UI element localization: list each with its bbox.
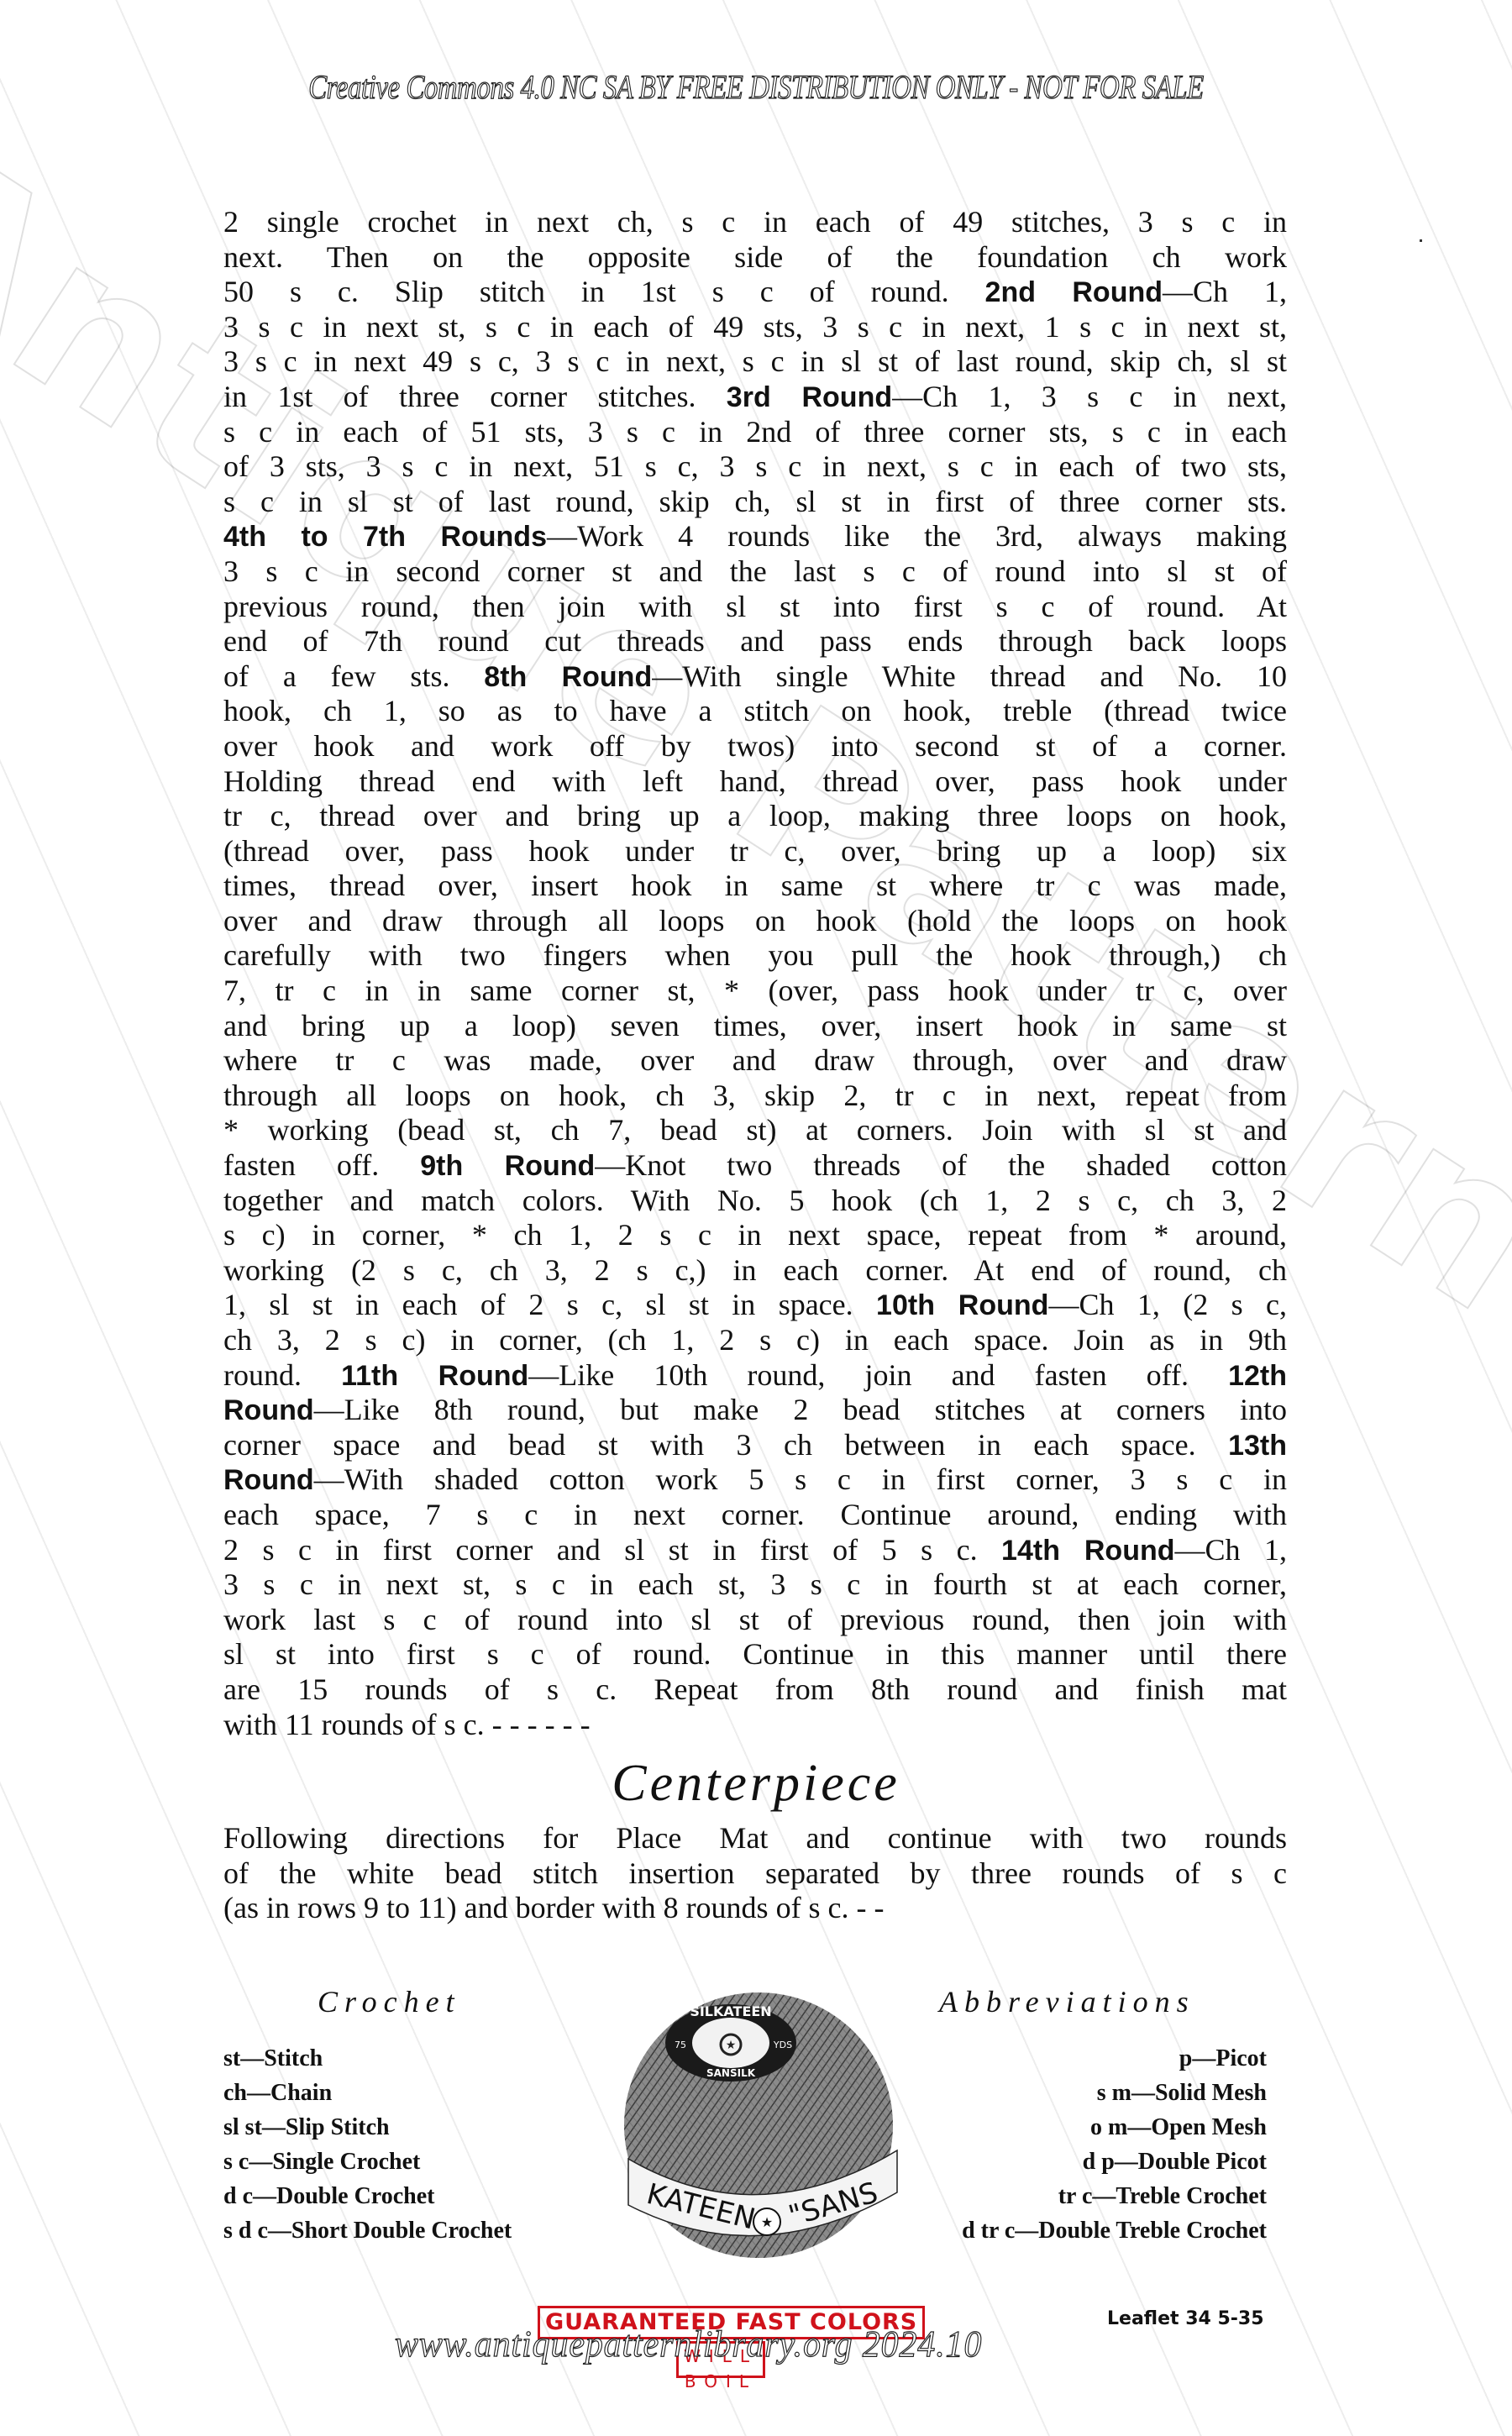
instruction-line: sl st into first s c of round. Continue …: [223, 1637, 1287, 1672]
round-heading: 13th: [1228, 1430, 1287, 1462]
instruction-line: hook, ch 1, so as to have a stitch on ho…: [223, 694, 1287, 729]
instruction-line: over and draw through all loops on hook …: [223, 904, 1287, 939]
abbreviation-item: sl st—Slip Stitch: [223, 2110, 512, 2145]
round-heading: 3rd Round: [727, 381, 892, 413]
instruction-line: are 15 rounds of s c. Repeat from 8th ro…: [223, 1672, 1287, 1708]
abbreviation-item: tr c—Treble Crochet: [962, 2179, 1267, 2213]
instruction-text: carefully with two fingers when you pull…: [223, 938, 1287, 972]
instruction-line: over hook and work off by twos) into sec…: [223, 729, 1287, 764]
instruction-line: next. Then on the opposite side of the f…: [223, 240, 1287, 276]
instruction-line: carefully with two fingers when you pull…: [223, 938, 1287, 974]
instruction-line: 3 s c in next st, s c in each st, 3 s c …: [223, 1567, 1287, 1603]
pattern-instructions: 2 single crochet in next ch, s c in each…: [223, 205, 1287, 1742]
round-heading: Round: [223, 1464, 314, 1496]
thread-ball-illustration: ★ SILKATEEN 75 YDS SANSILK KATEEN" ★ "SA…: [612, 1982, 906, 2268]
instruction-text: are 15 rounds of s c. Repeat from 8th ro…: [223, 1672, 1287, 1706]
print-speck: [1420, 239, 1422, 242]
instruction-line: work last s c of round into sl st of pre…: [223, 1603, 1287, 1638]
instruction-line: s c in each of 51 sts, 3 s c in 2nd of t…: [223, 415, 1287, 450]
abbreviation-item: o m—Open Mesh: [962, 2110, 1267, 2145]
instruction-line: times, thread over, insert hook in same …: [223, 869, 1287, 904]
round-heading: 9th Round: [420, 1150, 595, 1182]
abbreviation-item: d c—Double Crochet: [223, 2179, 512, 2213]
instruction-line: previous round, then join with sl st int…: [223, 590, 1287, 625]
centerpiece-line: (as in rows 9 to 11) and border with 8 r…: [223, 1891, 1287, 1926]
instruction-text: 3 s c in second corner st and the last s…: [223, 554, 1287, 588]
instruction-text: * working (bead st, ch 7, bead st) at co…: [223, 1113, 1287, 1147]
instruction-line: in 1st of three corner stitches. 3rd Rou…: [223, 380, 1287, 415]
round-heading: 2nd Round: [985, 276, 1163, 308]
instruction-text: hook, ch 1, so as to have a stitch on ho…: [223, 694, 1287, 727]
instruction-text: —With single White thread and No. 10: [652, 659, 1287, 693]
instruction-line: working (2 s c, ch 3, 2 s c,) in each co…: [223, 1253, 1287, 1289]
instruction-line: 3 s c in second corner st and the last s…: [223, 554, 1287, 590]
instruction-line: corner space and bead st with 3 ch betwe…: [223, 1428, 1287, 1463]
instruction-line: s c) in corner, * ch 1, 2 s c in next sp…: [223, 1218, 1287, 1253]
round-heading: 8th Round: [484, 661, 652, 693]
instruction-text: —Ch 1, (2 s c,: [1048, 1288, 1287, 1321]
site-watermark: www.antiquepatternlibrary.org 2024.10: [395, 2323, 982, 2365]
svg-text:SILKATEEN: SILKATEEN: [690, 2003, 771, 2019]
svg-text:★: ★: [726, 2039, 737, 2052]
instruction-text: —Knot two threads of the shaded cotton: [595, 1148, 1287, 1182]
instruction-line: 7, tr c in in same corner st, * (over, p…: [223, 974, 1287, 1009]
instruction-text: —Ch 1,: [1163, 275, 1287, 308]
instruction-line: 4th to 7th Rounds—Work 4 rounds like the…: [223, 519, 1287, 554]
instruction-line: of a few sts. 8th Round—With single Whit…: [223, 659, 1287, 695]
instruction-line: tr c, thread over and bring up a loop, m…: [223, 799, 1287, 834]
instruction-text: —Ch 1,: [1175, 1533, 1288, 1567]
instruction-text: end of 7th round cut threads and pass en…: [223, 624, 1287, 658]
centerpiece-line: of the white bead stitch insertion separ…: [223, 1856, 1287, 1892]
round-heading: 12th: [1228, 1360, 1287, 1392]
instruction-text: 3 s c in next st, s c in each of 49 sts,…: [223, 310, 1287, 344]
instruction-text: next. Then on the opposite side of the f…: [223, 240, 1287, 274]
instruction-text: tr c, thread over and bring up a loop, m…: [223, 799, 1287, 832]
centerpiece-heading: Centerpiece: [0, 1754, 1512, 1814]
instruction-line: (thread over, pass hook under tr c, over…: [223, 834, 1287, 869]
crochet-abbreviation-list: st—Stitchch—Chainsl st—Slip Stitchs c—Si…: [223, 2041, 512, 2248]
instruction-line: 1, sl st in each of 2 s c, sl st in spac…: [223, 1288, 1287, 1323]
instruction-text: round.: [223, 1358, 341, 1392]
instruction-text: where tr c was made, over and draw throu…: [223, 1043, 1287, 1077]
instruction-line: where tr c was made, over and draw throu…: [223, 1043, 1287, 1079]
instruction-text: 7, tr c in in same corner st, * (over, p…: [223, 974, 1287, 1007]
instruction-text: working (2 s c, ch 3, 2 s c,) in each co…: [223, 1253, 1287, 1287]
instruction-text: 50 s c. Slip stitch in 1st s c of round.: [223, 275, 985, 308]
instruction-text: 2 s c in first corner and sl st in first…: [223, 1533, 1001, 1567]
instruction-text: —Ch 1, 3 s c in next,: [892, 380, 1287, 413]
instruction-line: and bring up a loop) seven times, over, …: [223, 1009, 1287, 1044]
instruction-line: ch 3, 2 s c) in corner, (ch 1, 2 s c) in…: [223, 1323, 1287, 1358]
instruction-text: together and match colors. With No. 5 ho…: [223, 1184, 1287, 1217]
instruction-text: and bring up a loop) seven times, over, …: [223, 1009, 1287, 1042]
instruction-line: Holding thread end with left hand, threa…: [223, 764, 1287, 800]
instruction-text: s c in each of 51 sts, 3 s c in 2nd of t…: [223, 415, 1287, 449]
instruction-line: through all loops on hook, ch 3, skip 2,…: [223, 1079, 1287, 1114]
instruction-text: 3 s c in next st, s c in each st, 3 s c …: [223, 1567, 1287, 1601]
crochet-legend-heading: Crochet: [318, 1984, 461, 2019]
instruction-line: with 11 rounds of s c. - - - - - -: [223, 1708, 1287, 1743]
round-heading: 10th Round: [876, 1289, 1048, 1321]
abbreviation-item: st—Stitch: [223, 2041, 512, 2076]
round-heading: 14th Round: [1001, 1535, 1174, 1567]
instruction-text: with 11 rounds of s c. - - - - - -: [223, 1708, 591, 1741]
abbreviation-item: d tr c—Double Treble Crochet: [962, 2213, 1267, 2248]
svg-text:75: 75: [675, 2040, 686, 2050]
thread-ball-icon: ★ SILKATEEN 75 YDS SANSILK KATEEN" ★ "SA…: [612, 1982, 906, 2268]
instruction-text: Holding thread end with left hand, threa…: [223, 764, 1287, 798]
instruction-text: each space, 7 s c in next corner. Contin…: [223, 1498, 1287, 1531]
instruction-line: of 3 sts, 3 s c in next, 51 s c, 3 s c i…: [223, 449, 1287, 485]
instruction-text: —Like 10th round, join and fasten off.: [528, 1358, 1228, 1392]
instruction-text: —With shaded cotton work 5 s c in first …: [314, 1462, 1287, 1496]
abbreviations-legend-heading: Abbreviations: [939, 1984, 1195, 2019]
instruction-line: round. 11th Round—Like 10th round, join …: [223, 1358, 1287, 1394]
abbreviation-list: p—Picots m—Solid Mesho m—Open Meshd p—Do…: [962, 2041, 1267, 2248]
instruction-text: 2 single crochet in next ch, s c in each…: [223, 205, 1287, 239]
instruction-text: in 1st of three corner stitches.: [223, 380, 727, 413]
abbreviation-item: p—Picot: [962, 2041, 1267, 2076]
instruction-line: end of 7th round cut threads and pass en…: [223, 624, 1287, 659]
centerpiece-line: Following directions for Place Mat and c…: [223, 1821, 1287, 1856]
instruction-line: each space, 7 s c in next corner. Contin…: [223, 1498, 1287, 1533]
instruction-text: s c) in corner, * ch 1, 2 s c in next sp…: [223, 1218, 1287, 1252]
centerpiece-instructions: Following directions for Place Mat and c…: [223, 1821, 1287, 1926]
svg-text:YDS: YDS: [773, 2040, 792, 2050]
instruction-line: * working (bead st, ch 7, bead st) at co…: [223, 1113, 1287, 1148]
instruction-text: —Work 4 rounds like the 3rd, always maki…: [547, 519, 1287, 553]
instruction-text: 1, sl st in each of 2 s c, sl st in spac…: [223, 1288, 876, 1321]
instruction-text: corner space and bead st with 3 ch betwe…: [223, 1428, 1228, 1462]
license-banner: Creative Commons 4.0 NC SA BY FREE DISTR…: [136, 67, 1376, 107]
instruction-text: over hook and work off by twos) into sec…: [223, 729, 1287, 763]
round-heading: 11th Round: [341, 1360, 528, 1392]
svg-text:★: ★: [761, 2214, 773, 2230]
instruction-text: sl st into first s c of round. Continue …: [223, 1637, 1287, 1671]
instruction-line: 50 s c. Slip stitch in 1st s c of round.…: [223, 275, 1287, 310]
instruction-text: times, thread over, insert hook in same …: [223, 869, 1287, 902]
abbreviation-item: d p—Double Picot: [962, 2145, 1267, 2179]
instruction-text: of 3 sts, 3 s c in next, 51 s c, 3 s c i…: [223, 449, 1287, 483]
instruction-text: fasten off.: [223, 1148, 420, 1182]
abbreviation-item: ch—Chain: [223, 2076, 512, 2110]
instruction-text: previous round, then join with sl st int…: [223, 590, 1287, 623]
leaflet-number: Leaflet 34 5-35: [1107, 2308, 1264, 2329]
instruction-text: work last s c of round into sl st of pre…: [223, 1603, 1287, 1636]
instruction-line: Round—With shaded cotton work 5 s c in f…: [223, 1462, 1287, 1498]
svg-text:SANSILK: SANSILK: [706, 2067, 756, 2079]
instruction-line: 2 single crochet in next ch, s c in each…: [223, 205, 1287, 240]
instruction-text: (thread over, pass hook under tr c, over…: [223, 834, 1287, 868]
instruction-text: 3 s c in next 49 s c, 3 s c in next, s c…: [223, 344, 1287, 378]
instruction-text: s c in sl st of last round, skip ch, sl …: [223, 485, 1287, 518]
round-heading: 4th to 7th Rounds: [223, 521, 547, 553]
instruction-line: fasten off. 9th Round—Knot two threads o…: [223, 1148, 1287, 1184]
instruction-text: —Like 8th round, but make 2 bead stitche…: [314, 1393, 1287, 1426]
instruction-text: of a few sts.: [223, 659, 484, 693]
instruction-line: 3 s c in next st, s c in each of 49 sts,…: [223, 310, 1287, 345]
instruction-text: over and draw through all loops on hook …: [223, 904, 1287, 937]
instruction-text: through all loops on hook, ch 3, skip 2,…: [223, 1079, 1287, 1112]
instruction-line: 2 s c in first corner and sl st in first…: [223, 1533, 1287, 1568]
instruction-line: together and match colors. With No. 5 ho…: [223, 1184, 1287, 1219]
instruction-text: ch 3, 2 s c) in corner, (ch 1, 2 s c) in…: [223, 1323, 1287, 1357]
abbreviation-item: s c—Single Crochet: [223, 2145, 512, 2179]
abbreviation-item: s m—Solid Mesh: [962, 2076, 1267, 2110]
instruction-line: s c in sl st of last round, skip ch, sl …: [223, 485, 1287, 520]
instruction-line: Round—Like 8th round, but make 2 bead st…: [223, 1393, 1287, 1428]
abbreviation-item: s d c—Short Double Crochet: [223, 2213, 512, 2248]
instruction-line: 3 s c in next 49 s c, 3 s c in next, s c…: [223, 344, 1287, 380]
round-heading: Round: [223, 1394, 314, 1426]
